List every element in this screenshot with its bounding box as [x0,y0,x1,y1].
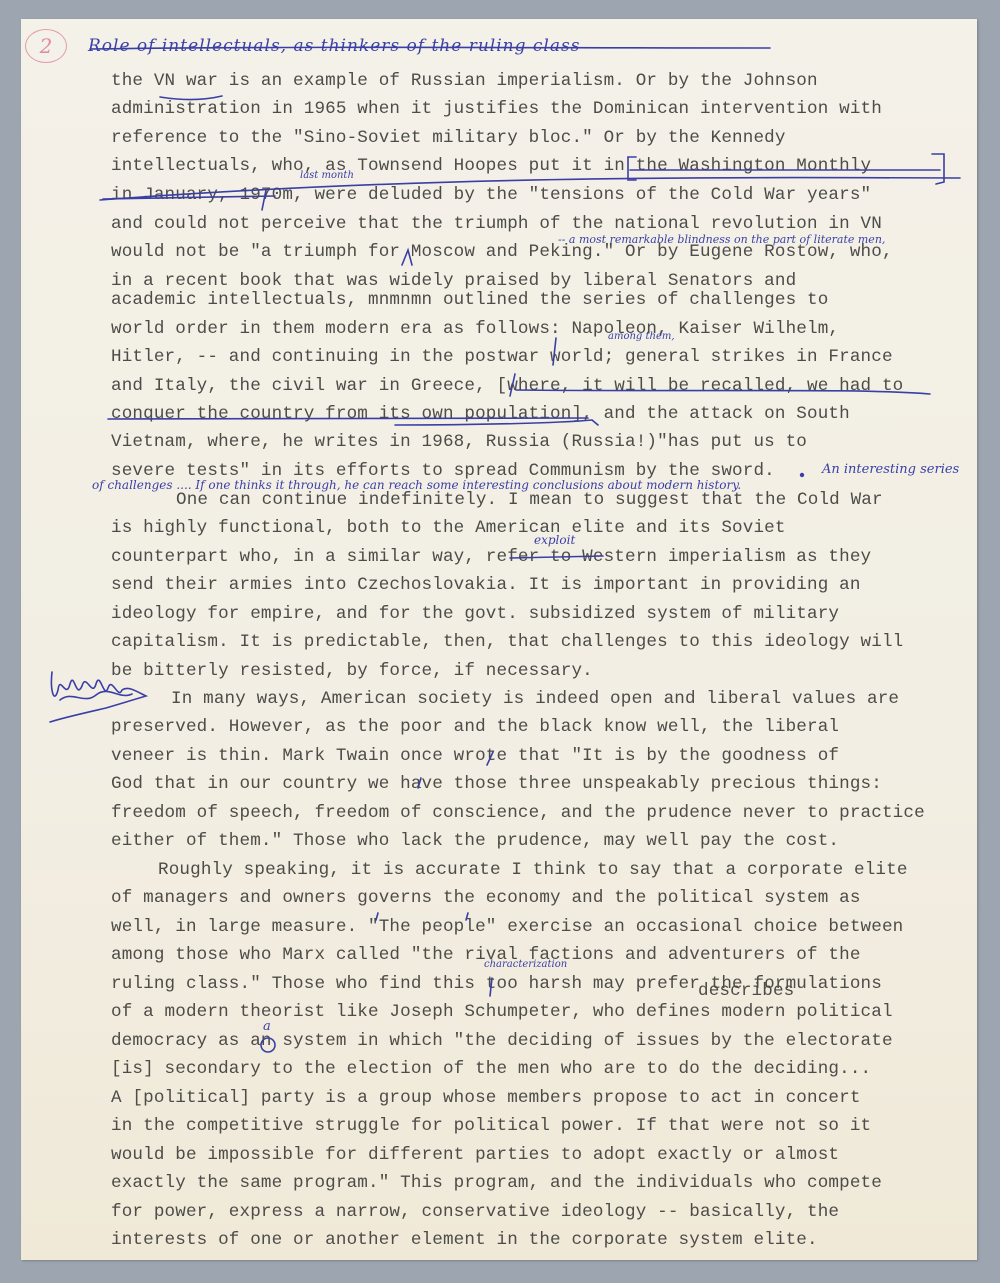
note-last-month: last month [300,170,354,181]
typed-line: administration in 1965 when it justifies… [111,99,882,119]
typed-line: Vietnam, where, he writes in 1968, Russi… [111,432,807,452]
typed-line: preserved. However, as the poor and the … [111,717,839,737]
typed-line: capitalism. It is predictable, then, tha… [111,632,903,652]
typed-line: In many ways, American society is indeed… [171,689,899,709]
typed-line: conquer the country from its own populat… [111,404,850,424]
note-interesting-series-2: of challenges .... If one thinks it thro… [92,478,741,492]
heading-text: Role of intellectuals, as thinkers of th… [88,36,580,56]
note-characterization: characterization [484,959,567,970]
typed-line: in the competitive struggle for politica… [111,1116,871,1136]
typed-line: One can continue indefinitely. I mean to… [176,490,883,510]
typed-insertion: describes [698,981,794,1001]
note-among-them: among them, [608,331,675,342]
typed-line: in January, 1970m, were deluded by the "… [111,185,871,205]
page-number: 2 [40,34,53,58]
note-remarkable-blindness: -- a most remarkable blindness on the pa… [558,233,885,246]
typed-line: Hitler, -- and continuing in the postwar… [111,347,893,367]
typed-line: world order in them modern era as follow… [111,319,839,339]
typed-line: send their armies into Czechoslovakia. I… [111,575,861,595]
note-interesting-series-1: An interesting series [822,462,959,477]
typed-line: intellectuals, who, as Townsend Hoopes p… [111,156,871,176]
note-exploit: exploit [534,533,575,547]
typed-line: well, in large measure. "The people" exe… [111,917,903,937]
typed-line: interests of one or another element in t… [111,1230,818,1250]
typed-line: Roughly speaking, it is accurate I think… [158,860,908,880]
typed-line: reference to the "Sino-Soviet military b… [111,128,786,148]
typed-line: would be impossible for different partie… [111,1145,839,1165]
typed-line: in a recent book that was widely praised… [111,271,796,291]
typed-line: veneer is thin. Mark Twain once wrote th… [111,746,839,766]
note-a: a [263,1019,271,1034]
typed-line: [is] secondary to the election of the me… [111,1059,871,1079]
typed-line: democracy as an system in which "the dec… [111,1031,893,1051]
crossed-out-heading: Role of intellectuals, as thinkers of th… [88,32,580,57]
typed-line: A [political] party is a group whose mem… [111,1088,861,1108]
typed-line: either of them." Those who lack the prud… [111,831,839,851]
typed-line: exactly the same program." This program,… [111,1173,882,1193]
typed-line: ideology for empire, and for the govt. s… [111,604,839,624]
typed-line: of a modern theorist like Joseph Schumpe… [111,1002,893,1022]
typed-line: freedom of speech, freedom of conscience… [111,803,925,823]
typed-line: God that in our country we have those th… [111,774,882,794]
typed-line: be bitterly resisted, by force, if neces… [111,661,593,681]
typed-line: of managers and owners governs the econo… [111,888,861,908]
typed-line: counterpart who, in a similar way, refer… [111,547,871,567]
typed-line: for power, express a narrow, conservativ… [111,1202,839,1222]
typed-line: academic intellectuals, mnmnmn outlined … [111,290,828,310]
typed-line: and could not perceive that the triumph … [111,214,882,234]
page-number-circle: 2 [25,29,67,63]
typed-line: the VN war is an example of Russian impe… [111,71,818,91]
typed-line: is highly functional, both to the Americ… [111,518,786,538]
typed-line: and Italy, the civil war in Greece, [whe… [111,376,903,396]
